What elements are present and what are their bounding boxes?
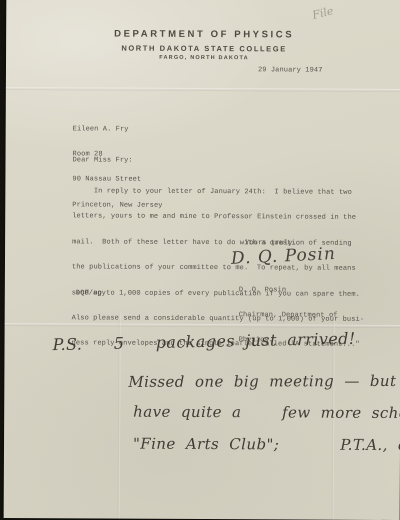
fold-crease-top [6,87,400,92]
body-line: letters, yours to me and mine to Profess… [72,213,364,224]
salutation: Dear Miss Fry: [72,156,132,164]
letterhead-college: NORTH DAKOTA STATE COLLEGE [6,43,400,54]
letter-date: 29 January 1947 [258,66,323,74]
letterhead-department: DEPARTMENT OF PHYSICS [6,28,400,41]
postscript-line-3: have quite a few more scheduled: [133,403,400,423]
recipient-name: Eileen A. Fry [73,125,163,135]
reference-initials: DQP/agy [76,289,106,297]
letterhead-city: FARGO, NORTH DAKOTA [6,54,400,62]
signer-title-1: Chairman, Department of [239,311,338,321]
signer-name: D. Q. Posin [239,286,338,296]
file-annotation: File [311,4,335,22]
body-line: In reply to your letter of January 24th:… [72,187,364,198]
postscript-line-2: Missed one big meeting — but I [128,372,400,391]
letter-page: File DEPARTMENT OF PHYSICS NORTH DAKOTA … [4,0,400,520]
postscript-line-4: "Fine Arts Club"; P.T.A., etc [133,435,400,455]
